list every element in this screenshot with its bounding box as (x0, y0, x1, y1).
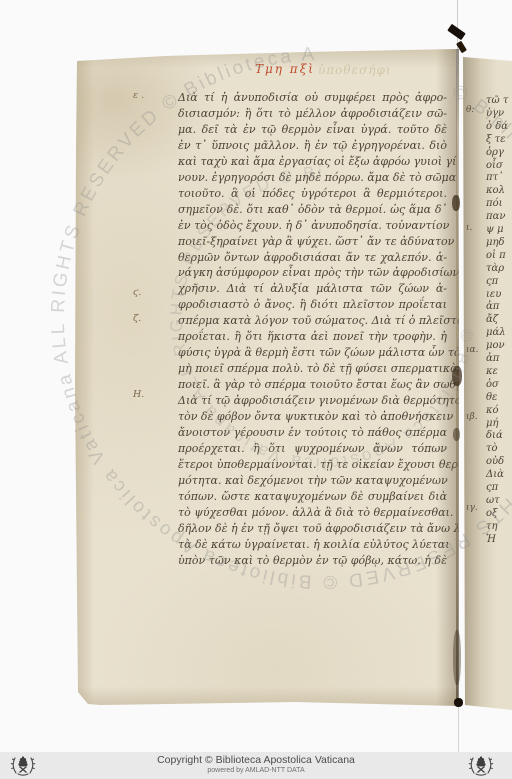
margin-problem-number: Η. (133, 389, 144, 400)
manuscript-text-line: τοιοῦτο. ἃ οἱ πόδες ὑγρότεροι ἃ θερμιότε… (178, 186, 447, 202)
facing-page-text-fragment: πτ᾽ (486, 172, 503, 183)
gutter-stain (453, 630, 461, 685)
manuscript-text-line: φροδισιαστὸ ὁ ἄνος. ἢ διότι πλεῖστον προ… (178, 297, 447, 313)
facing-page-text-fragment: οξ (486, 508, 498, 519)
manuscript-text-line: Διὰ τί ἡ ἀνυποδισία οὐ συμφέρει πρὸς ἀφρ… (178, 90, 447, 106)
facing-page-text-fragment: ωτ (486, 495, 500, 506)
facing-page-margin-number: ιγ. (466, 503, 478, 513)
facing-page-text-fragment: πόι (486, 198, 503, 209)
manuscript-text-line: ποιεῖ-ξηραίνει γὰρ ἃ ψύχει. ὥστ᾽ ἄν τε ἀ… (178, 234, 447, 250)
sewing-station-mark (454, 698, 463, 707)
margin-problem-number: ζ. (133, 313, 141, 324)
vatican-library-emblem-icon (10, 754, 36, 777)
manuscript-text-line: ἐν τ᾽ ὕπνοις μᾶλλον. ἢ ἐν τῷ ἐγρηγορέναι… (178, 138, 447, 154)
manuscript-text-line: δῆλον δὲ ἡ ἐν τῇ ὄψει τοῦ ἀφροδισιάζειν … (178, 521, 447, 537)
facing-page-margin-number: ια. (466, 345, 478, 355)
vatican-library-emblem-icon (468, 754, 494, 777)
manuscript-text-line: θερμῶν ὄντων ἀφροδισιάσαι ἄν τε χαλεπόν.… (178, 250, 447, 266)
facing-page-text-fragment: Διὰ (486, 469, 504, 480)
facing-page-text-fragment: μον (486, 340, 505, 351)
facing-page-text-fragment: μάλ (486, 327, 506, 338)
manuscript-text-line: νάγκη ἀσύμφορον εἶναι πρὸς τὴν τῶν ἀφροδ… (178, 265, 447, 281)
facing-page-text-fragment: ιευ (486, 289, 501, 300)
facing-page-margin-number: ι. (466, 223, 472, 233)
manuscript-text-line: ἄνοιστον γέρουσιν ἐν τούτοις τὸ πάθος σπ… (178, 425, 447, 441)
facing-page-margin-number: θ: (466, 105, 474, 115)
facing-page-text-fragment: μή (486, 418, 499, 429)
manuscript-text-line: ἕτεροι ὑποθερμαίνονται. τῇ τε οἰκείαν ἔχ… (178, 457, 447, 473)
margin-problem-number: ε . (133, 90, 144, 101)
left-page-lines: Διὰ τί ἡ ἀνυποδισία οὐ συμφέρει πρὸς ἀφρ… (178, 90, 447, 569)
manuscript-text-line: σημεῖον δὲ. ὅτι καθ᾽ ὁδὸν τὰ θερμοί. ὡς … (178, 202, 447, 218)
manuscript-text-line: τὰ δὲ κάτω ὑγραίνεται. ἡ κοιλία εὐλύτος … (178, 537, 447, 553)
facing-page-text-fragment: κε (486, 366, 498, 377)
manuscript-text-line: σπέρμα κατὰ λόγον τοῦ σώματος. Διὰ τί ὁ … (178, 313, 447, 329)
manuscript-text-line: ποιεῖ. ἃ γὰρ τὸ σπέρμα τοιοῦτο ἔσται ἕως… (178, 377, 447, 393)
facing-page-margin-number: ιβ. (466, 412, 478, 422)
manuscript-page: Τμη πξὶ ὑποθεσήφι Διὰ τί ἡ ἀνυποδισία οὐ… (75, 49, 459, 706)
facing-page-text-fragment: ςπ (486, 276, 498, 287)
facing-page-text-fragment: μηδ (486, 237, 505, 248)
manuscript-text-line: χρῆσιν. Διὰ τί ἀλυξία μάλιστα τῶν ζώων ἀ… (178, 281, 447, 297)
facing-page-text-fragment: ςπ (486, 482, 498, 493)
facing-page-text-fragment: κολ (486, 185, 505, 196)
manuscript-text-line: προΐεται. ἢ ὅτι ἥκιστα ἀεὶ πονεῖ τὴν τρο… (178, 329, 447, 345)
facing-page-text-fragment: διά (486, 430, 503, 441)
footer-copyright-text: Copyright © Biblioteca Apostolica Vatica… (0, 754, 512, 766)
manuscript-text-line: ὑπὸν τῶν καὶ τὸ θερμὸν ἐν τῷ φόβῳ, κάτω.… (178, 553, 447, 569)
facing-page-text-fragment: ὀσ (486, 379, 499, 390)
manuscript-text-line: μὴ ποιεῖ σπέρμα πολὺ. τὸ δὲ τῇ φύσει σπε… (178, 361, 447, 377)
footer-powered-by-text: powered by AMLAD-NTT DATA (0, 767, 512, 774)
gutter-stain (453, 428, 460, 441)
facing-page-text-fragment: ἀπ (486, 301, 499, 312)
facing-page-text-fragment: ἀπ (486, 353, 499, 364)
manuscript-text-line: προέρχεται. ἢ ὅτι ψυχρομένων ἄνων τόπων (178, 441, 447, 457)
facing-page-text-fragment: οἱ π (486, 250, 506, 261)
facing-page-text-fragment: παν (486, 211, 505, 222)
facing-page-text-fragment: ἄζ (486, 314, 498, 325)
manuscript-text-line: μότητα. καὶ δεχόμενοι τὴν τῶν καταψυχομέ… (178, 473, 447, 489)
manuscript-text-line: τόπων. ὥστε καταψυχομένων δὲ συμβαίνει δ… (178, 489, 447, 505)
facing-page-sliver: τῶ τὑγνὁ δάξ τεὀργοἷσπτ᾽κολπόιπανψ μμηδο… (462, 57, 512, 710)
facing-page-text-fragment: Ἡ (486, 534, 496, 545)
manuscript-text-line: φύσις ὑγρὰ ἃ θερμὴ ἔστι τῶν ζώων μάλιστα… (178, 345, 447, 361)
facing-page-text-fragment: κό (486, 405, 499, 416)
manuscript-text-line: ἐν τὸς ὁδὸς ἔχουν. ἡ δ᾽ ἀνυποδησία. τοὐν… (178, 218, 447, 234)
footer-text-block: Copyright © Biblioteca Apostolica Vatica… (0, 754, 512, 774)
facing-page-text-fragment: ξ τε (486, 134, 506, 145)
rubric-heading: Τμη πξὶ (255, 62, 315, 76)
manuscript-text-line: Διὰ τί τῷ ἀφροδισιάζειν γινομένων διὰ θε… (178, 393, 447, 409)
manuscript-text-line: καὶ ταχὺ καὶ ἅμα ἐργασίας οἱ ἔξω ἀφρόω γ… (178, 154, 447, 170)
gutter-stain (452, 195, 460, 211)
binding-thread-bottom (458, 706, 459, 753)
facing-page-text-fragment: τὰρ (486, 263, 504, 274)
facing-page-text-fragment: οὐδ (486, 456, 504, 467)
facing-page-text-fragment: τη (486, 521, 498, 532)
manuscript-text-line: τὸ ψύχεσθαι μόνον. ἀλλὰ ἃ διὰ τὸ θερμαίν… (178, 505, 447, 521)
ghost-bleedthrough-text: ὑποθεσήφι (318, 63, 392, 77)
facing-page-text-fragment: τῶ τ (486, 95, 508, 106)
facing-page-text-fragment: ὁ δά (486, 121, 508, 132)
facing-page-text-fragment: τὸ (486, 443, 498, 454)
manuscript-text-line: τὸν δὲ φόβον ὄντα ψυκτικὸν καὶ τὸ ἀποθνή… (178, 409, 447, 425)
footer-bar: Copyright © Biblioteca Apostolica Vatica… (0, 752, 512, 779)
manuscript-viewer-page: Τμη πξὶ ὑποθεσήφι Διὰ τί ἡ ἀνυποδισία οὐ… (0, 0, 512, 779)
facing-page-text-fragment: ὀργ (486, 147, 504, 158)
gutter-stain (452, 366, 462, 386)
manuscript-text-line: νουν. ἐγρηγορόσι δὲ μηδὲ πόρρω. ἅμα δὲ τ… (178, 170, 447, 186)
facing-page-text-fragment: θε (486, 392, 497, 403)
margin-problem-number: ϛ. (133, 287, 141, 298)
manuscript-text-line: δισιασμόν: ἢ ὅτι τὸ μέλλον ἀφροδισιάζειν… (178, 106, 447, 122)
manuscript-text-line: μα. δεῖ τὰ ἐν τῷ θερμὸν εἶναι ὑγρά. τοῦτ… (178, 122, 447, 138)
facing-page-text-fragment: οἷσ (486, 160, 503, 171)
facing-page-text-fragment: ψ μ (486, 224, 504, 235)
facing-page-text-fragment: ὑγν (486, 108, 504, 119)
